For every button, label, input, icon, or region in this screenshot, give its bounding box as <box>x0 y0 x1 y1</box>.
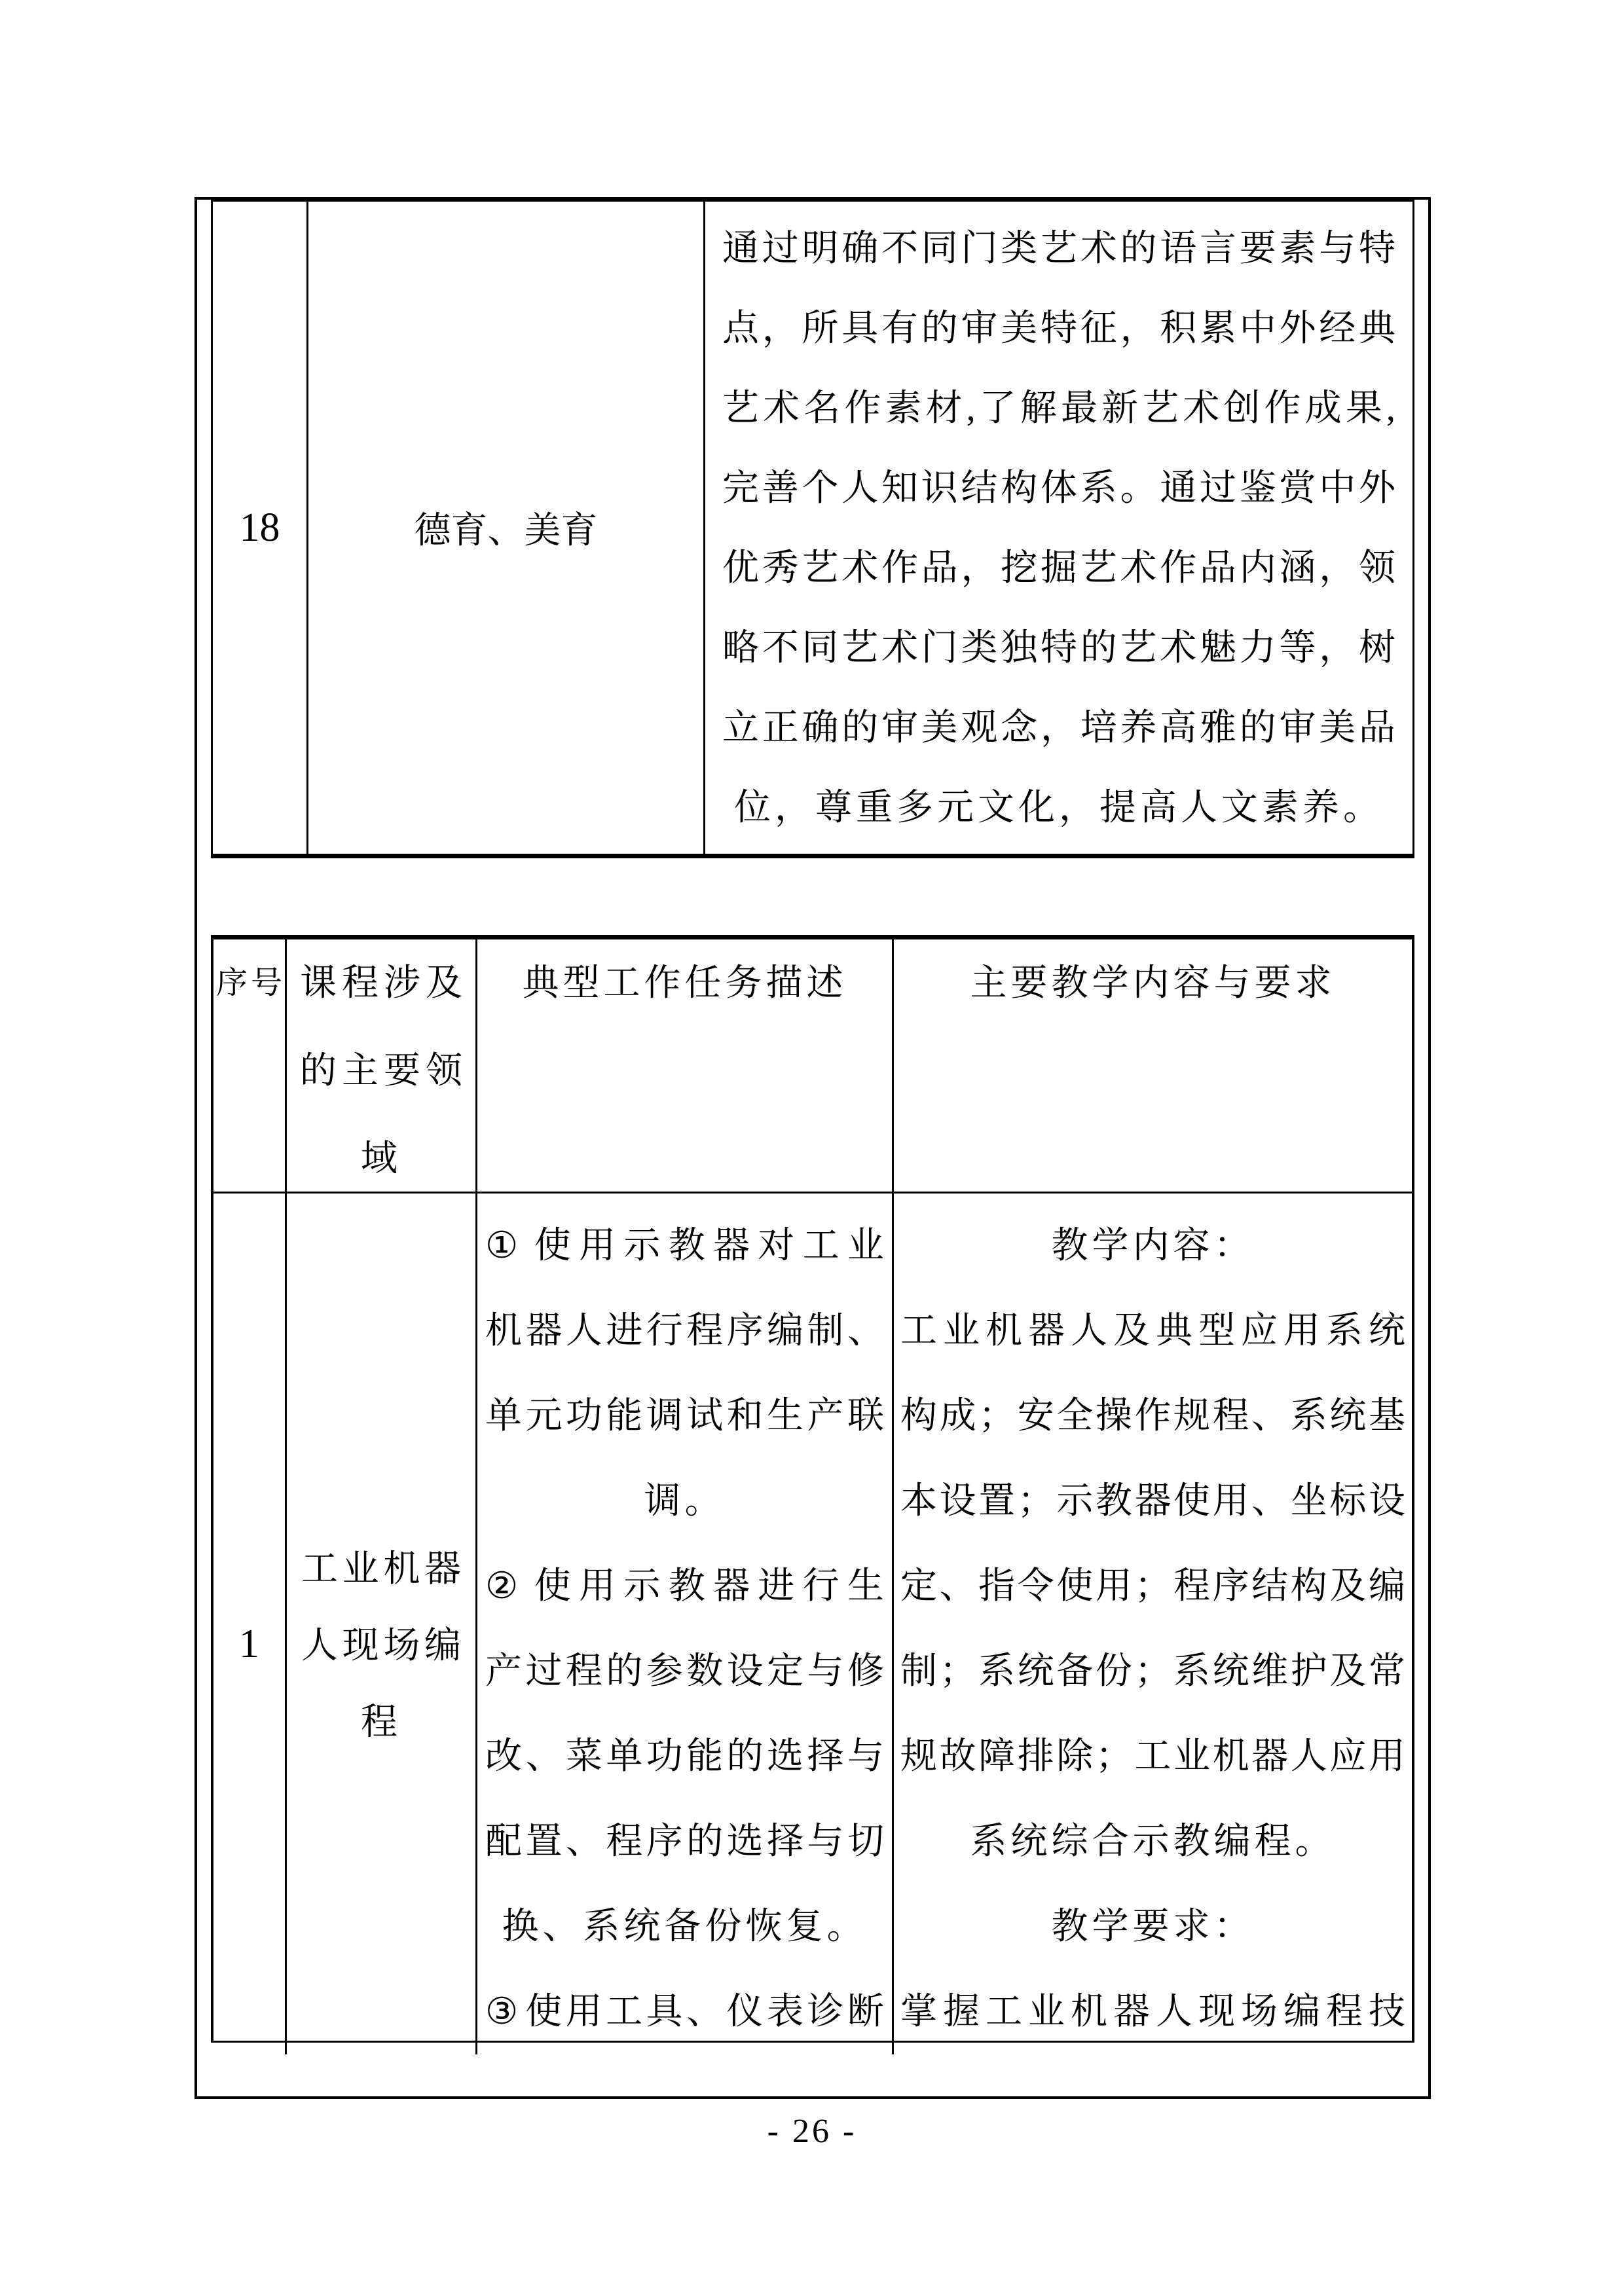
text-line: 点，所具有的审美特征，积累中外经典 <box>722 289 1395 369</box>
header-content: 主要教学内容与要求 <box>894 939 1412 1192</box>
text-line: 掌握工业机器人现场编程技 <box>900 1969 1405 2054</box>
text-line: 规故障排除；工业机器人应用 <box>900 1714 1405 1799</box>
text-line: 教学要求： <box>900 1884 1405 1969</box>
text-line: ① 使用示教器对工业 <box>485 1203 884 1288</box>
text-line: 立正确的审美观念，培养高雅的审美品 <box>722 688 1395 768</box>
text-line: 人现场编 <box>301 1607 461 1684</box>
header-row: 序号 课程涉及 的主要领 域 典型工作任务描述 主要教学内容与要求 <box>213 939 1412 1194</box>
header-label-line: 的主要领 <box>300 1027 462 1115</box>
text-line: ③ 使用工具、仪表诊断 <box>485 1969 884 2054</box>
text-line: 本设置；示教器使用、坐标设 <box>900 1459 1405 1544</box>
header-label-line: 课程涉及 <box>300 939 462 1027</box>
text-line: 制；系统备份；系统维护及常 <box>900 1629 1405 1714</box>
text-line: 通过明确不同门类艺术的语言要素与特 <box>722 209 1395 289</box>
text-line: 完善个人知识结构体系。通过鉴赏中外 <box>722 448 1395 528</box>
text-line: 艺术名作素材,了解最新艺术创作成果, <box>722 369 1395 448</box>
area-label: 德育、美育 <box>415 501 598 554</box>
text-line: 程 <box>301 1684 461 1760</box>
seq-number: 18 <box>240 505 280 551</box>
text-line: 工业机器人及典型应用系统 <box>900 1288 1405 1374</box>
cell-content: 教学内容： 工业机器人及典型应用系统 构成；安全操作规程、系统基 本设置；示教器… <box>894 1194 1412 2054</box>
page-number: - 26 - <box>0 2112 1624 2151</box>
cell-task: ① 使用示教器对工业 机器人进行程序编制、 单元功能调试和生产联 调。 ② 使用… <box>477 1194 894 2054</box>
text-line: 调。 <box>485 1459 884 1544</box>
document-page: 18 德育、美育 通过明确不同门类艺术的语言要素与特 点，所具有的审美特征，积累… <box>0 0 1624 2296</box>
text-line: ② 使用示教器进行生 <box>485 1544 884 1629</box>
text-line: 教学内容： <box>900 1203 1405 1288</box>
text-line: 略不同艺术门类独特的艺术魅力等，树 <box>722 608 1395 688</box>
text-line: 构成；安全操作规程、系统基 <box>900 1374 1405 1459</box>
text-line: 位，尊重多元文化，提高人文素养。 <box>722 768 1395 848</box>
text-line: 工业机器 <box>301 1531 461 1607</box>
text-line: 换、系统备份恢复。 <box>485 1884 884 1969</box>
text-line: 定、指令使用；程序结构及编 <box>900 1544 1405 1629</box>
cell-description: 通过明确不同门类艺术的语言要素与特 点，所具有的审美特征，积累中外经典 艺术名作… <box>705 202 1412 854</box>
cell-area: 德育、美育 <box>308 202 705 854</box>
header-seq: 序号 <box>213 939 287 1192</box>
header-label: 序号 <box>216 939 282 1027</box>
cell-area: 工业机器 人现场编 程 <box>287 1194 477 2054</box>
text-line: 系统综合示教编程。 <box>900 1799 1405 1884</box>
text-line: 机器人进行程序编制、 <box>485 1288 884 1374</box>
cell-seq: 1 <box>213 1194 287 2054</box>
cell-seq: 18 <box>213 202 308 854</box>
course-table: 序号 课程涉及 的主要领 域 典型工作任务描述 主要教学内容与要求 1 工业机器… <box>211 935 1414 2043</box>
table-row: 1 工业机器 人现场编 程 ① 使用示教器对工业 机器人进行程序编制、 单元功能… <box>213 1194 1412 2054</box>
text-line: 产过程的参数设定与修 <box>485 1629 884 1714</box>
continued-table: 18 德育、美育 通过明确不同门类艺术的语言要素与特 点，所具有的审美特征，积累… <box>211 197 1414 858</box>
text-line: 优秀艺术作品，挖掘艺术作品内涵，领 <box>722 528 1395 608</box>
header-label: 主要教学内容与要求 <box>899 939 1407 1027</box>
seq-number: 1 <box>239 1621 259 1667</box>
text-line: 配置、程序的选择与切 <box>485 1799 884 1884</box>
text-line: 改、菜单功能的选择与 <box>485 1714 884 1799</box>
text-line: 单元功能调试和生产联 <box>485 1374 884 1459</box>
header-label: 典型工作任务描述 <box>483 939 887 1027</box>
header-label-line: 域 <box>300 1115 462 1192</box>
header-area: 课程涉及 的主要领 域 <box>287 939 477 1192</box>
header-task: 典型工作任务描述 <box>477 939 894 1192</box>
